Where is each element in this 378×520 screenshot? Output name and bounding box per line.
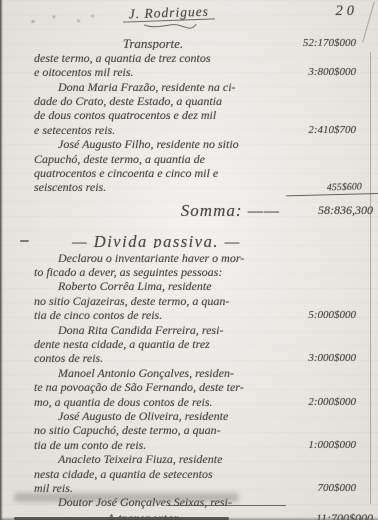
signature-flourish-icon [140, 20, 198, 33]
manuscript-line-text: no sitio Capuchó, deste termo, a quan- [0, 424, 286, 437]
manuscript-line-text: Anacleto Teixeira Fiuza, residente [0, 453, 286, 466]
manuscript-row: no sitio Capuchó, deste termo, a quan- [0, 423, 378, 437]
manuscript-line-text: quatrocentos e cincoenta e cinco mil e [0, 167, 286, 180]
manuscript-row: Dona Maria Frazão, residente na ci- [0, 79, 378, 93]
manuscript-row: to ficado a dever, as seguintes pessoas: [0, 265, 378, 279]
amount-value: 1:000$000 [286, 439, 378, 452]
manuscript-row: dade do Crato, deste Estado, a quantia [0, 94, 378, 108]
manuscript-line-text: nesta cidade, a quantia de setecentos [0, 468, 286, 481]
manuscript-row: dente nesta cidade, a quantia de trez [0, 337, 378, 351]
manuscript-row: tia de um conto de reis.1:000$000 [0, 437, 378, 451]
manuscript-row: de dous contos quatrocentos e dez mil [0, 108, 378, 122]
manuscript-row: Somma: ——58:836,300 [0, 194, 378, 217]
sum-rule [168, 505, 286, 506]
manuscript-row: Manoel Antonio Gonçalves, residen- [0, 365, 378, 379]
manuscript-row: mil reis.700$000 [0, 481, 378, 495]
manuscript-row: e setecentos reis.2:410$700 [0, 122, 378, 136]
manuscript-line-text: mo, a quantia de dous contos de reis. [0, 396, 286, 409]
amount-value: 3:800$000 [286, 66, 378, 79]
manuscript-line-text: dente nesta cidade, a quantia de trez [0, 338, 286, 351]
amount-value: 52:170$000 [286, 37, 378, 50]
manuscript-line-text: A transportar [0, 512, 286, 520]
manuscript-line-text: Somma: —— [0, 204, 286, 217]
signature: J. Rodrigues [0, 0, 338, 38]
manuscript-row: deste termo, a quantia de trez contos [0, 50, 378, 64]
manuscript-row: Doutor José Gonçalves Seixas, resi- [0, 495, 378, 509]
manuscript-row: e oitocentos mil reis.3:800$000 [0, 65, 378, 79]
manuscript-line-text: to ficado a dever, as seguintes pessoas: [0, 266, 286, 279]
amount-value: 11:700$000 [286, 512, 378, 520]
manuscript-row: Roberto Corrêa Lima, residente [0, 279, 378, 293]
amount-value: 58:836,300 [286, 204, 378, 217]
manuscript-page: J. Rodrigues 20 Transporte.52:170$000des… [0, 0, 378, 520]
manuscript-line-text: Declarou o inventariante haver o mor- [0, 252, 286, 265]
manuscript-line-text: de dous contos quatrocentos e dez mil [0, 109, 286, 122]
manuscript-row: A transportar11:700$000 [0, 509, 378, 520]
manuscript-line-text: dade do Crato, deste Estado, a quantia [0, 95, 286, 108]
manuscript-line-text: Manoel Antonio Gonçalves, residen- [0, 367, 286, 380]
amount-value: 3:000$000 [286, 352, 378, 365]
amount-value: 455$600 [286, 180, 378, 196]
amount-value: 700$000 [286, 482, 378, 495]
manuscript-line-text: no sitio Cajazeiras, deste termo, a quan… [0, 295, 286, 308]
amount-value: 5:000$000 [286, 309, 378, 322]
manuscript-row: — Divida passiva. — [0, 224, 378, 248]
manuscript-line-text: Roberto Corrêa Lima, residente [0, 280, 286, 293]
manuscript-row: tia de cinco contos de reis.5:000$000 [0, 308, 378, 322]
manuscript-line-text: Doutor José Gonçalves Seixas, resi- [0, 496, 260, 509]
manuscript-line-text: Dona Rita Candida Ferreira, resi- [0, 324, 286, 337]
manuscript-line-text: contos de reis. [0, 352, 286, 365]
manuscript-line-text: José Augusto Filho, residente no sitio [0, 138, 286, 151]
manuscript-row: Declarou o inventariante haver o mor- [0, 250, 378, 264]
manuscript-row: José Augusto de Oliveira, residente [0, 409, 378, 423]
manuscript-line-text: deste termo, a quantia de trez contos [0, 52, 286, 65]
amount-value: 2:410$700 [286, 124, 378, 137]
manuscript-line-text: seiscentos reis. [0, 181, 286, 194]
manuscript-row: Anacleto Teixeira Fiuza, residente [0, 452, 378, 466]
manuscript-row: José Augusto Filho, residente no sitio [0, 137, 378, 151]
manuscript-line-text: e oitocentos mil reis. [0, 66, 286, 79]
manuscript-line-text: tia de cinco contos de reis. [0, 309, 286, 322]
manuscript-line-text: Transporte. [0, 37, 286, 50]
manuscript-row: seiscentos reis.455$600 [0, 180, 378, 194]
manuscript-line-text: te na povoação de São Fernando, deste te… [0, 381, 286, 394]
manuscript-line-text: José Augusto de Oliveira, residente [0, 410, 286, 423]
manuscript-row: no sitio Cajazeiras, deste termo, a quan… [0, 293, 378, 307]
amount-value: 2:000$000 [286, 396, 378, 409]
manuscript-line-text: Dona Maria Frazão, residente na ci- [0, 81, 286, 94]
manuscript-row: Dona Rita Candida Ferreira, resi- [0, 322, 378, 336]
manuscript-row: contos de reis.3:000$000 [0, 351, 378, 365]
manuscript-line-text: Capuchó, deste termo, a quantia de [0, 153, 286, 166]
page-header: J. Rodrigues 20 [0, 0, 378, 34]
manuscript-line-text: mil reis. [0, 482, 286, 495]
manuscript-row: te na povoação de São Fernando, deste te… [0, 380, 378, 394]
page-number: 20 [336, 3, 359, 20]
manuscript-line-text: — Divida passiva. — [0, 235, 286, 248]
manuscript-body: Transporte.52:170$000deste termo, a quan… [0, 34, 378, 520]
manuscript-line-text: e setecentos reis. [0, 124, 286, 137]
manuscript-line-text: tia de um conto de reis. [0, 439, 286, 452]
manuscript-row: nesta cidade, a quantia de setecentos [0, 466, 378, 480]
manuscript-row: Transporte.52:170$000 [0, 36, 378, 50]
manuscript-row: Capuchó, deste termo, a quantia de [0, 151, 378, 165]
manuscript-row: mo, a quantia de dous contos de reis.2:0… [0, 394, 378, 408]
manuscript-row: quatrocentos e cincoenta e cinco mil e [0, 166, 378, 180]
signature-text: J. Rodrigues [122, 3, 215, 22]
